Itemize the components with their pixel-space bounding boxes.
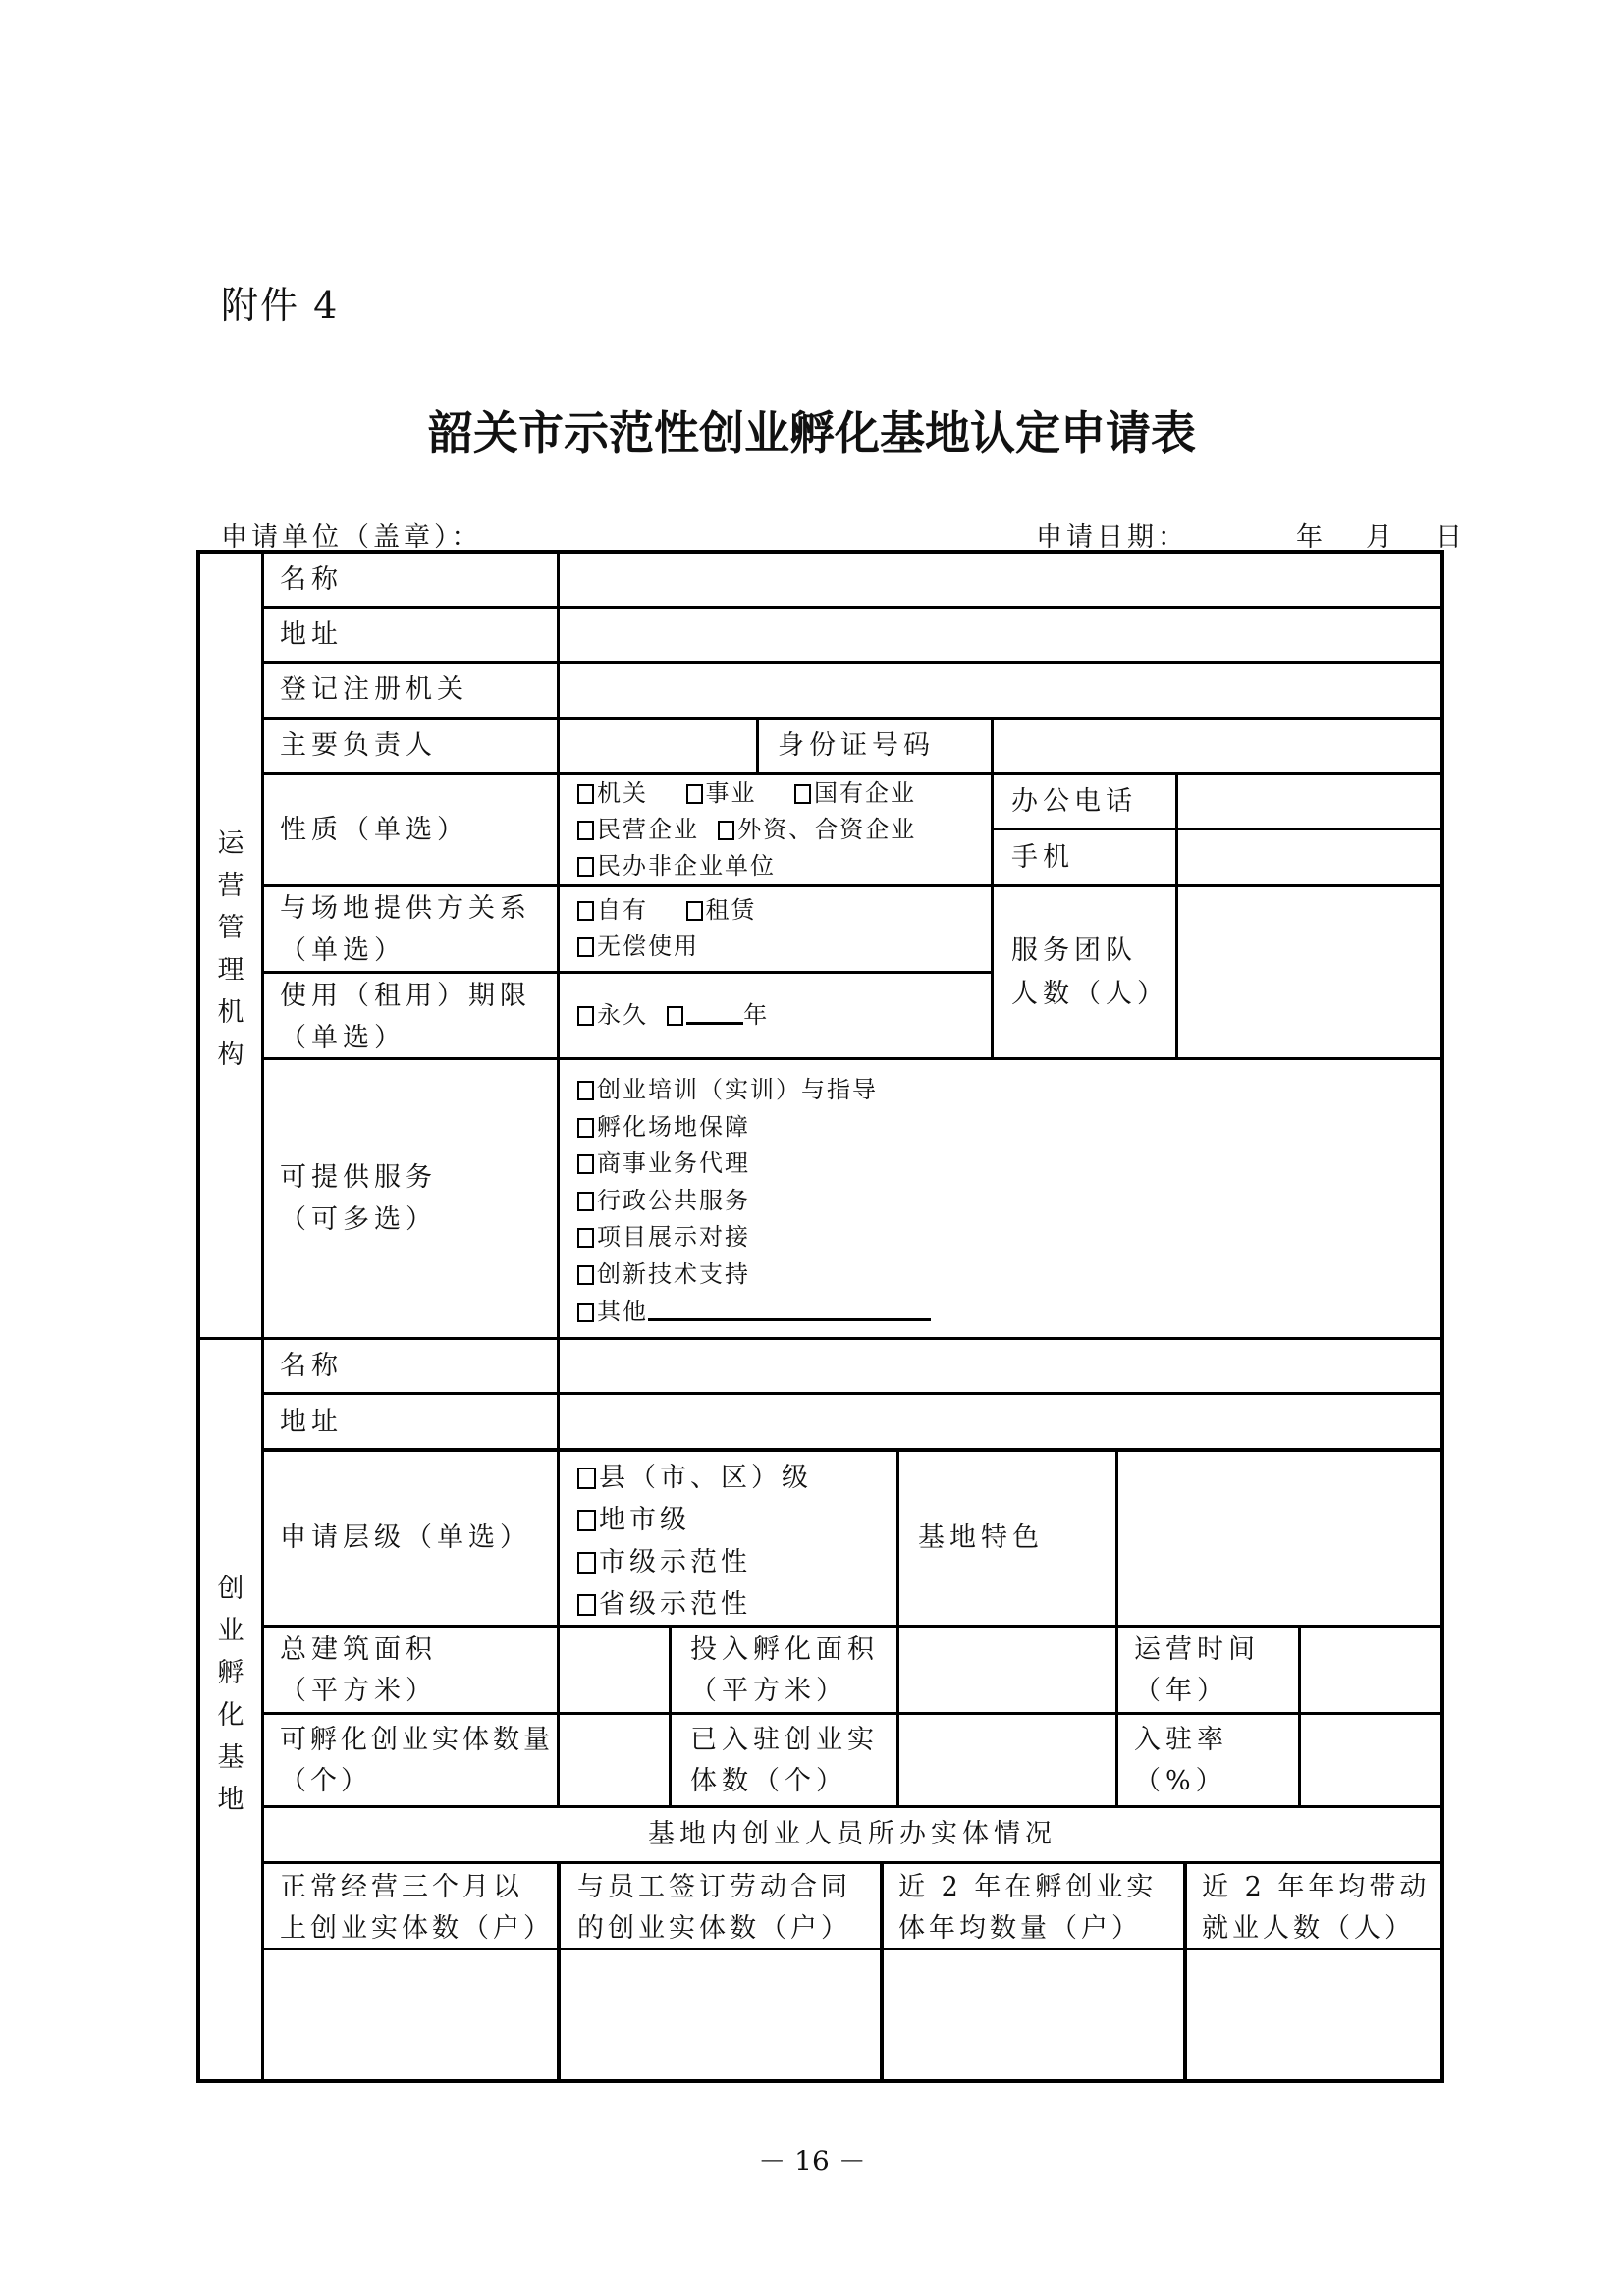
checkbox-icon[interactable] [577, 1081, 594, 1100]
level-option-province-demo[interactable]: 省级示范性 [577, 1583, 892, 1626]
checkbox-icon[interactable] [577, 1510, 596, 1531]
service-option-venue[interactable]: 孵化场地保障 [577, 1109, 1432, 1147]
nature-option-foreign-jv[interactable]: 外资、合资企业 [718, 816, 916, 843]
checkbox-icon[interactable] [577, 1006, 594, 1026]
occupancy-label: 入驻率 （%） [1134, 1720, 1296, 1804]
checkbox-icon[interactable] [577, 1468, 596, 1489]
checkbox-icon[interactable] [577, 1303, 594, 1322]
capacity-label: 可孵化创业实体数量 （个） [280, 1720, 557, 1804]
date-month-label: 月 [1366, 515, 1396, 554]
service-option-tech-support[interactable]: 创新技术支持 [577, 1256, 1432, 1294]
applicant-label: 申请单位（盖章）： [221, 515, 482, 554]
nature-option-public-institution[interactable]: 事业 [686, 779, 757, 807]
date-year-label: 年 [1296, 515, 1326, 554]
total-area-field[interactable] [560, 1628, 669, 1712]
team-size-label: 服务团队 人数（人） [1011, 887, 1173, 1057]
head-label: 主要负责人 [280, 720, 555, 773]
services-label: 可提供服务 （可多选） [280, 1060, 555, 1337]
section-base-title: 创业孵化基地 [216, 1568, 245, 1821]
checkbox-icon[interactable] [577, 821, 594, 840]
other-service-input-line[interactable] [648, 1318, 931, 1321]
entities-col-header-2: 与员工签订劳动合同 的创业实体数（户） [577, 1867, 878, 1948]
entities-section-header: 基地内创业人员所办实体情况 [264, 1808, 1440, 1861]
office-phone-field[interactable] [1178, 775, 1440, 828]
settled-field[interactable] [899, 1715, 1115, 1805]
application-date: 申请日期：年月日 [1036, 515, 1466, 554]
feature-field[interactable] [1118, 1452, 1440, 1625]
checkbox-icon[interactable] [686, 901, 703, 921]
mobile-label: 手机 [1011, 830, 1173, 884]
period-option-years[interactable]: 年 [667, 1001, 769, 1029]
entities-col-header-3: 近 2 年在孵创业实 体年均数量（户） [898, 1867, 1181, 1948]
nature-option-state-owned[interactable]: 国有企业 [794, 779, 916, 807]
checkbox-icon[interactable] [577, 857, 594, 877]
team-size-field[interactable] [1178, 887, 1440, 1057]
checkbox-icon[interactable] [577, 784, 594, 804]
page-title: 韶关市示范性创业孵化基地认定申请表 [0, 398, 1624, 462]
period-label: 使用（租用）期限 （单选） [280, 975, 555, 1058]
service-option-other[interactable]: 其他 [577, 1294, 1432, 1331]
service-option-admin-public[interactable]: 行政公共服务 [577, 1183, 1432, 1220]
incubation-area-field[interactable] [899, 1628, 1115, 1712]
base-address-field[interactable] [560, 1395, 1440, 1448]
period-options: 永久 年 [577, 974, 990, 1057]
operator-name-field[interactable] [560, 553, 1440, 606]
page-number: － 16 － [0, 2140, 1624, 2179]
services-options: 创业培训（实训）与指导 孵化场地保障 商事业务代理 行政公共服务 项目展示对接 … [577, 1072, 1432, 1332]
capacity-field[interactable] [560, 1715, 669, 1805]
office-phone-label: 办公电话 [1011, 775, 1173, 828]
nature-label: 性质（单选） [280, 775, 555, 884]
level-options: 县（市、区）级 地市级 市级示范性 省级示范性 [577, 1457, 892, 1624]
checkbox-icon[interactable] [577, 1192, 594, 1211]
operator-address-field[interactable] [560, 609, 1440, 661]
level-option-prefecture[interactable]: 地市级 [577, 1499, 892, 1541]
date-label: 申请日期： [1036, 515, 1188, 554]
reg-authority-field[interactable] [560, 664, 1440, 717]
reg-authority-label: 登记注册机关 [280, 664, 555, 717]
checkbox-icon[interactable] [577, 901, 594, 921]
service-option-project-matching[interactable]: 项目展示对接 [577, 1219, 1432, 1256]
operator-address-label: 地址 [280, 609, 555, 662]
feature-label: 基地特色 [918, 1452, 1114, 1625]
mobile-field[interactable] [1178, 830, 1440, 884]
entities-value-4[interactable] [1187, 1950, 1440, 2079]
entities-col-header-4: 近 2 年年均带动 就业人数（人） [1202, 1867, 1440, 1948]
entities-value-1[interactable] [264, 1950, 557, 2079]
checkbox-icon[interactable] [686, 784, 703, 804]
checkbox-icon[interactable] [667, 1006, 683, 1026]
checkbox-icon[interactable] [794, 784, 811, 804]
checkbox-icon[interactable] [577, 937, 594, 957]
entities-col-header-1: 正常经营三个月以 上创业实体数（户） [280, 1867, 557, 1948]
period-option-permanent[interactable]: 永久 [577, 1001, 648, 1029]
incubation-area-label: 投入孵化面积 （平方米） [690, 1629, 894, 1712]
checkbox-icon[interactable] [577, 1228, 594, 1248]
section-operator-title: 运营管理机构 [216, 823, 245, 1076]
relation-options: 自有 租赁 无偿使用 [577, 892, 990, 971]
checkbox-icon[interactable] [718, 821, 734, 840]
id-number-label: 身份证号码 [778, 720, 989, 773]
relation-label: 与场地提供方关系 （单选） [280, 887, 555, 971]
checkbox-icon[interactable] [577, 1552, 596, 1574]
level-label: 申请层级（单选） [280, 1452, 555, 1625]
settled-label: 已入驻创业实 体数（个） [690, 1720, 894, 1804]
entities-value-3[interactable] [884, 1950, 1183, 2079]
relation-option-leased[interactable]: 租赁 [686, 896, 757, 924]
date-day-label: 日 [1435, 515, 1466, 554]
base-name-field[interactable] [560, 1340, 1440, 1392]
relation-option-free-use[interactable]: 无偿使用 [577, 933, 699, 960]
level-option-county[interactable]: 县（市、区）级 [577, 1457, 892, 1499]
nature-option-private-nonenterprise[interactable]: 民办非企业单位 [577, 852, 776, 880]
base-address-label: 地址 [280, 1395, 555, 1449]
occupancy-field[interactable] [1301, 1715, 1440, 1805]
entities-value-2[interactable] [561, 1950, 880, 2079]
operator-name-label: 名称 [280, 553, 555, 608]
nature-options: 机关 事业 国有企业 民营企业 外资、合资企业 民办非企业单位 [577, 775, 990, 884]
checkbox-icon[interactable] [577, 1265, 594, 1285]
attachment-label: 附件 4 [221, 275, 339, 329]
checkbox-icon[interactable] [577, 1594, 596, 1616]
years-input-line[interactable] [686, 1022, 743, 1025]
operation-time-label: 运营时间 （年） [1134, 1629, 1296, 1712]
operation-time-field[interactable] [1301, 1628, 1440, 1712]
relation-option-owned[interactable]: 自有 [577, 896, 648, 924]
total-area-label: 总建筑面积 （平方米） [280, 1629, 555, 1712]
nature-option-government[interactable]: 机关 [577, 779, 648, 807]
checkbox-icon[interactable] [577, 1154, 594, 1174]
nature-option-private[interactable]: 民营企业 [577, 816, 699, 843]
service-option-training[interactable]: 创业培训（实训）与指导 [577, 1072, 1432, 1109]
head-field[interactable] [560, 720, 756, 772]
level-option-city-demo[interactable]: 市级示范性 [577, 1541, 892, 1583]
checkbox-icon[interactable] [577, 1118, 594, 1138]
base-name-label: 名称 [280, 1340, 555, 1393]
service-option-business-agency[interactable]: 商事业务代理 [577, 1146, 1432, 1183]
id-number-field[interactable] [994, 720, 1440, 772]
